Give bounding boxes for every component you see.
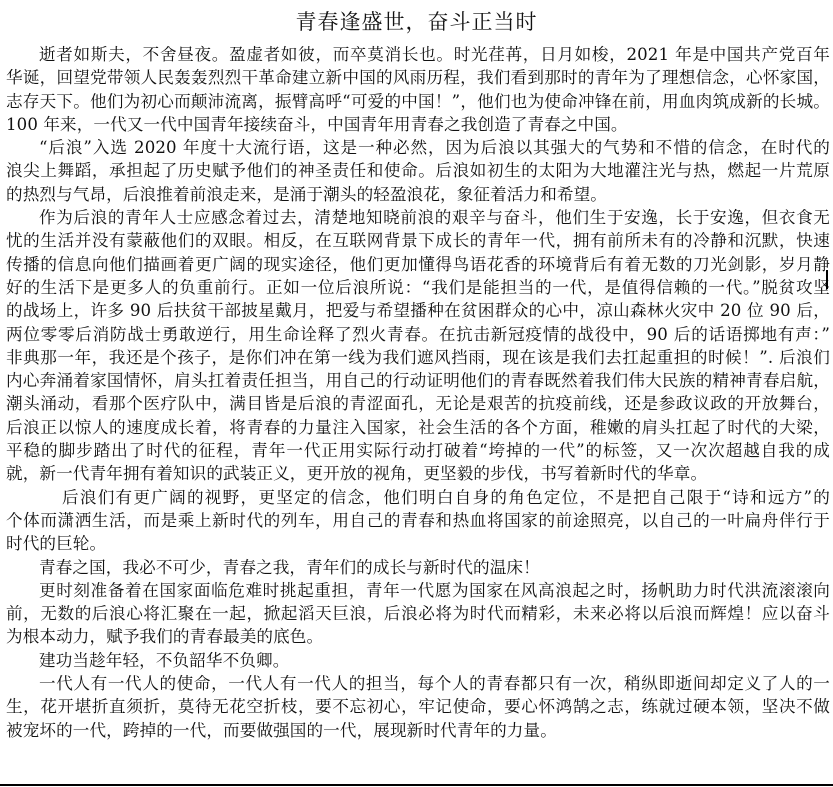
text-line: 一代人有一代人的使命，一代人有一代人的担当，每个人的青春都只有一次，稍纵即逝间却… bbox=[6, 672, 830, 695]
text-line: 的热烈与气昂，后浪推着前浪走来，是涌于潮头的轻盈浪花，象征着活力和希望。 bbox=[6, 183, 830, 206]
text-line: 的战场上，许多 90 后扶贫干部披星戴月，把爱与希望播种在贫困群众的心中，凉山森… bbox=[6, 299, 830, 322]
text-line: 青春之国，我必不可少，青春之我，青年们的成长与新时代的温床！ bbox=[6, 556, 830, 579]
text-line: 建功当趁年轻，不负韶华不负卿。 bbox=[6, 649, 830, 672]
text-line: 更时刻准备着在国家面临危难时挑起重担，青年一代愿为国家在风高浪起之时，扬帆助力时… bbox=[6, 579, 830, 602]
text-line: 作为后浪的青年人士应感念着过去，清楚地知晓前浪的艰辛与奋斗，他们生于安逸，长于安… bbox=[6, 206, 830, 229]
text-line: 志存天下。他们为初心而颠沛流离，振臂高呼“可爱的中国！”，他们也为使命冲锋在前，… bbox=[6, 90, 830, 113]
text-line: 生，花开堪折直须折，莫待无花空折枝，要不忘初心，牢记使命，要心怀鸿鹄之志，练就过… bbox=[6, 695, 830, 718]
text-line: “后浪”入选 2020 年度十大流行语，这是一种必然，因为后浪以其强大的气势和不… bbox=[6, 136, 830, 159]
text-line: 两位零零后消防战士勇敢逆行，用生命诠释了烈火青春。在抗击新冠疫情的战役中，90 … bbox=[6, 323, 830, 346]
text-line: 就，新一代青年拥有着知识的武装正义，更开放的视角，更坚毅的步伐，书写着新时代的华… bbox=[6, 462, 830, 485]
text-line: 非典那一年，我还是个孩子，是你们冲在第一线为我们遮风挡雨，现在该是我们去扛起重担… bbox=[6, 346, 830, 369]
text-line: 平稳的脚步踏出了时代的征程，青年一代正用实际行动打破着“垮掉的一代”的标签，又一… bbox=[6, 439, 830, 462]
text-line: 100 年来，一代又一代中国青年接续奋斗，中国青年用青春之我创造了青春之中国。 bbox=[6, 113, 830, 136]
document-page[interactable]: 青春逢盛世，奋斗正当时 逝者如斯夫，不舍昼夜。盈虚者如彼，而卒莫消长也。时光荏苒… bbox=[0, 0, 833, 787]
document-title: 青春逢盛世，奋斗正当时 bbox=[0, 8, 833, 36]
page-bottom-border bbox=[0, 784, 833, 786]
text-line: 为根本动力，赋予我们的青春最美的底色。 bbox=[6, 625, 830, 648]
text-line: 后浪正以惊人的速度成长着，将青春的力量注入国家，社会生活的各个方面，稚嫩的肩头扛… bbox=[6, 416, 830, 439]
text-line: 后浪们有更广阔的视野，更坚定的信念，他们明白自身的角色定位，不是把自己限于“诗和… bbox=[6, 486, 830, 509]
text-line: 逝者如斯夫，不舍昼夜。盈虚者如彼，而卒莫消长也。时光荏苒，日月如梭，2021 年… bbox=[6, 43, 830, 66]
text-line: 浪尖上舞蹈，承担起了历史赋予他们的神圣责任和使命。后浪如初生的太阳为大地灌注光与… bbox=[6, 159, 830, 182]
text-cursor bbox=[826, 270, 828, 289]
text-line: 传播的信息向他们描画着更广阔的现实途径，他们更加懂得鸟语花香的环境背后有着无数的… bbox=[6, 253, 830, 276]
text-line: 好的生活下是更多人的负重前行。正如一位后浪所说：“我们是能担当的一代，是值得信赖… bbox=[6, 276, 830, 299]
text-line: 前，无数的后浪心将汇聚在一起，掀起滔天巨浪，后浪必将为时代而精彩，未来必将以后浪… bbox=[6, 602, 830, 625]
text-line: 潮头涌动，看那个医疗队中，满目皆是后浪的青涩面孔，无论是艰苦的抗疫前线，还是参政… bbox=[6, 392, 830, 415]
text-line: 被宠坏的一代，跨掉的一代，而要做强国的一代，展现新时代青年的力量。 bbox=[6, 719, 830, 742]
document-body[interactable]: 逝者如斯夫，不舍昼夜。盈虚者如彼，而卒莫消长也。时光荏苒，日月如梭，2021 年… bbox=[6, 43, 830, 742]
text-line: 个体而潇洒生活，而是乘上新时代的列车，用自己的青春和热血将国家的前途照亮，以自己… bbox=[6, 509, 830, 532]
text-line: 时代的巨轮。 bbox=[6, 532, 830, 555]
text-line: 内心奔涌着家国情怀，肩头扛着责任担当，用自己的行动证明他们的青春既然着我们伟大民… bbox=[6, 369, 830, 392]
text-line: 忧的生活并没有蒙蔽他们的双眼。相反，在互联网背景下成长的青年一代，拥有前所未有的… bbox=[6, 229, 830, 252]
text-line: 华诞，回望党带领人民轰轰烈烈干革命建立新中国的风雨历程，我们看到那时的青年为了理… bbox=[6, 66, 830, 89]
